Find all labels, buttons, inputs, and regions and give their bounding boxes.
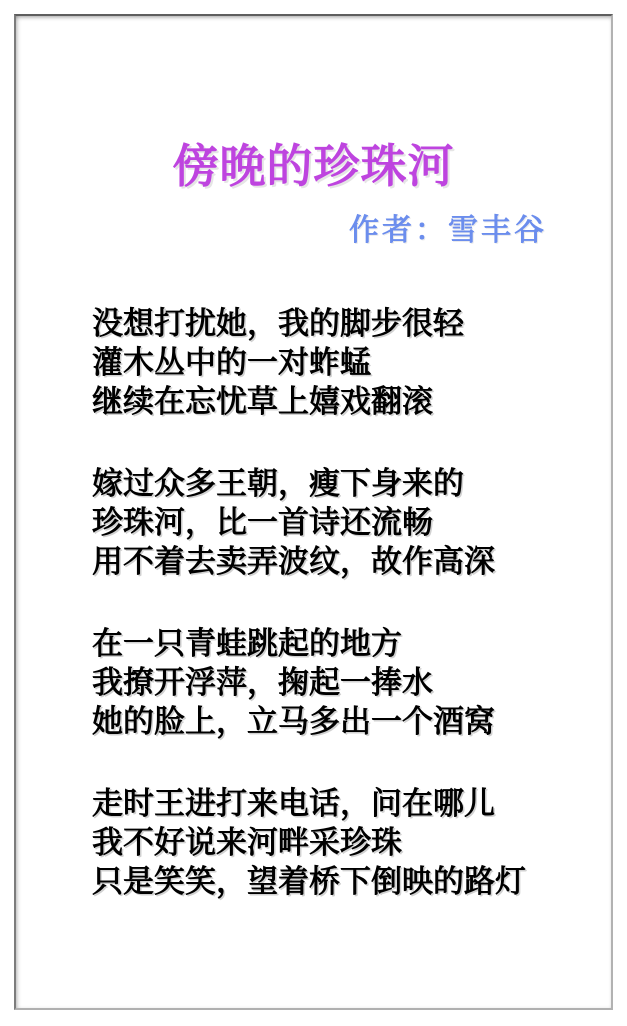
poem-line: 灌木丛中的一对蚱蜢	[92, 344, 611, 383]
poem-line: 我不好说来河畔采珍珠	[92, 824, 611, 863]
poem-line: 在一只青蛙跳起的地方	[92, 625, 611, 664]
page-border-frame: 傍晚的珍珠河 作者：雪丰谷 没想打扰她，我的脚步很轻灌木丛中的一对蚱蜢继续在忘忧…	[14, 14, 613, 1010]
poem-line: 只是笑笑，望着桥下倒映的路灯	[92, 863, 611, 902]
poem-line: 她的脸上，立马多出一个酒窝	[92, 703, 611, 742]
poem-line: 走时王进打来电话，问在哪儿	[92, 785, 611, 824]
poem-line: 用不着去卖弄波纹，故作高深	[92, 543, 611, 582]
poem-body: 没想打扰她，我的脚步很轻灌木丛中的一对蚱蜢继续在忘忧草上嬉戏翻滚嫁过众多王朝，瘦…	[16, 305, 611, 902]
stanza-2: 嫁过众多王朝，瘦下身来的珍珠河，比一首诗还流畅用不着去卖弄波纹，故作高深	[92, 465, 611, 582]
poem-line: 我撩开浮萍，掬起一捧水	[92, 664, 611, 703]
poem-line: 继续在忘忧草上嬉戏翻滚	[92, 383, 611, 422]
poem-page: 傍晚的珍珠河 作者：雪丰谷 没想打扰她，我的脚步很轻灌木丛中的一对蚱蜢继续在忘忧…	[0, 0, 627, 1026]
poem-author: 作者：雪丰谷	[16, 214, 611, 248]
poem-line: 珍珠河，比一首诗还流畅	[92, 504, 611, 543]
poem-title: 傍晚的珍珠河	[16, 140, 611, 192]
stanza-1: 没想打扰她，我的脚步很轻灌木丛中的一对蚱蜢继续在忘忧草上嬉戏翻滚	[92, 305, 611, 422]
poem-line: 没想打扰她，我的脚步很轻	[92, 305, 611, 344]
stanza-3: 在一只青蛙跳起的地方我撩开浮萍，掬起一捧水她的脸上，立马多出一个酒窝	[92, 625, 611, 742]
poem-line: 嫁过众多王朝，瘦下身来的	[92, 465, 611, 504]
stanza-4: 走时王进打来电话，问在哪儿我不好说来河畔采珍珠只是笑笑，望着桥下倒映的路灯	[92, 785, 611, 902]
